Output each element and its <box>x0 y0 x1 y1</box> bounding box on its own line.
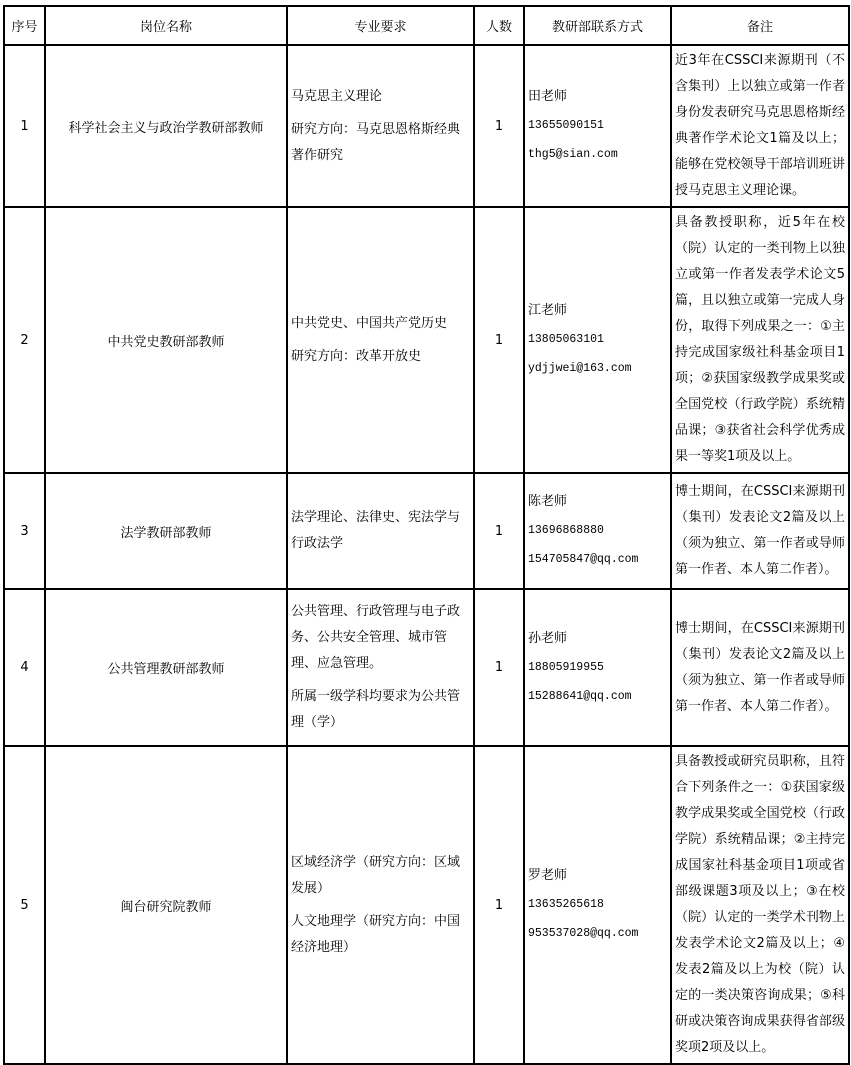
cell-seq: 3 <box>4 473 45 589</box>
cell-position: 闽台研究院教师 <box>45 746 287 1064</box>
header-position: 岗位名称 <box>45 6 287 45</box>
cell-remark: 博士期间，在CSSCI来源期刊（集刊）发表论文2篇及以上（须为独立、第一作者或导… <box>671 589 849 746</box>
contact-phone: 18805919955 <box>528 660 667 676</box>
cell-remark: 具备教授或研究员职称，且符合下列条件之一：①获国家级教学成果奖或全国党校（行政学… <box>671 746 849 1064</box>
cell-remark: 博士期间，在CSSCI来源期刊（集刊）发表论文2篇及以上（须为独立、第一作者或导… <box>671 473 849 589</box>
table-row: 2 中共党史教研部教师 中共党史、中国共产党历史 研究方向：改革开放史 1 江老… <box>4 207 849 473</box>
requirement-line: 法学理论、法律史、宪法学与行政法学 <box>291 505 470 557</box>
cell-contact: 陈老师 13696868880 154705847@qq.com <box>524 473 671 589</box>
header-requirements: 专业要求 <box>287 6 474 45</box>
table-row: 4 公共管理教研部教师 公共管理、行政管理与电子政务、公共安全管理、城市管理、应… <box>4 589 849 746</box>
cell-position: 法学教研部教师 <box>45 473 287 589</box>
header-contact: 教研部联系方式 <box>524 6 671 45</box>
requirement-line: 马克思主义理论 <box>291 84 470 110</box>
cell-contact: 孙老师 18805919955 15288641@qq.com <box>524 589 671 746</box>
requirement-line: 中共党史、中国共产党历史 <box>291 311 470 337</box>
header-count: 人数 <box>474 6 524 45</box>
contact-email: thg5@sian.com <box>528 147 667 163</box>
remark-text: 具备教授或研究员职称，且符合下列条件之一：①获国家级教学成果奖或全国党校（行政学… <box>675 749 845 1061</box>
cell-count: 1 <box>474 589 524 746</box>
cell-requirements: 马克思主义理论 研究方向：马克思恩格斯经典著作研究 <box>287 45 474 207</box>
cell-seq: 5 <box>4 746 45 1064</box>
remark-text: 博士期间，在CSSCI来源期刊（集刊）发表论文2篇及以上（须为独立、第一作者或导… <box>675 479 845 583</box>
requirement-line: 研究方向：改革开放史 <box>291 344 470 370</box>
requirement-line: 区域经济学（研究方向：区域发展） <box>291 850 470 902</box>
contact-phone: 13655090151 <box>528 118 667 134</box>
contact-name: 陈老师 <box>528 494 667 510</box>
cell-seq: 4 <box>4 589 45 746</box>
cell-requirements: 区域经济学（研究方向：区域发展） 人文地理学（研究方向：中国经济地理） <box>287 746 474 1064</box>
table-row: 3 法学教研部教师 法学理论、法律史、宪法学与行政法学 1 陈老师 136968… <box>4 473 849 589</box>
contact-email: 154705847@qq.com <box>528 552 667 568</box>
cell-position: 中共党史教研部教师 <box>45 207 287 473</box>
cell-seq: 1 <box>4 45 45 207</box>
contact-name: 江老师 <box>528 303 667 319</box>
contact-email: 953537028@qq.com <box>528 926 667 942</box>
cell-count: 1 <box>474 746 524 1064</box>
remark-text: 近3年在CSSCI来源期刊（不含集刊）上以独立或第一作者身份发表研究马克思恩格斯… <box>675 48 845 204</box>
remark-text: 博士期间，在CSSCI来源期刊（集刊）发表论文2篇及以上（须为独立、第一作者或导… <box>675 616 845 720</box>
contact-phone: 13635265618 <box>528 897 667 913</box>
cell-position: 科学社会主义与政治学教研部教师 <box>45 45 287 207</box>
cell-contact: 罗老师 13635265618 953537028@qq.com <box>524 746 671 1064</box>
header-seq: 序号 <box>4 6 45 45</box>
contact-email: ydjjwei@163.com <box>528 361 667 377</box>
contact-phone: 13805063101 <box>528 332 667 348</box>
requirement-line: 所属一级学科均要求为公共管理（学） <box>291 684 470 736</box>
cell-requirements: 法学理论、法律史、宪法学与行政法学 <box>287 473 474 589</box>
table-row: 5 闽台研究院教师 区域经济学（研究方向：区域发展） 人文地理学（研究方向：中国… <box>4 746 849 1064</box>
requirement-line: 人文地理学（研究方向：中国经济地理） <box>291 909 470 961</box>
cell-seq: 2 <box>4 207 45 473</box>
contact-name: 田老师 <box>528 89 667 105</box>
cell-count: 1 <box>474 473 524 589</box>
cell-contact: 田老师 13655090151 thg5@sian.com <box>524 45 671 207</box>
table-header-row: 序号 岗位名称 专业要求 人数 教研部联系方式 备注 <box>4 6 849 45</box>
cell-contact: 江老师 13805063101 ydjjwei@163.com <box>524 207 671 473</box>
contact-email: 15288641@qq.com <box>528 689 667 705</box>
requirement-line: 研究方向：马克思恩格斯经典著作研究 <box>291 117 470 169</box>
cell-count: 1 <box>474 45 524 207</box>
recruitment-table: 序号 岗位名称 专业要求 人数 教研部联系方式 备注 1 科学社会主义与政治学教… <box>3 5 850 1065</box>
recruitment-table-page: 序号 岗位名称 专业要求 人数 教研部联系方式 备注 1 科学社会主义与政治学教… <box>0 0 851 1005</box>
header-remark: 备注 <box>671 6 849 45</box>
cell-count: 1 <box>474 207 524 473</box>
cell-position: 公共管理教研部教师 <box>45 589 287 746</box>
contact-name: 罗老师 <box>528 868 667 884</box>
remark-text: 具备教授职称，近5年在校（院）认定的一类刊物上以独立或第一作者发表学术论文5篇，… <box>675 210 845 470</box>
table-row: 1 科学社会主义与政治学教研部教师 马克思主义理论 研究方向：马克思恩格斯经典著… <box>4 45 849 207</box>
cell-requirements: 中共党史、中国共产党历史 研究方向：改革开放史 <box>287 207 474 473</box>
contact-phone: 13696868880 <box>528 523 667 539</box>
contact-name: 孙老师 <box>528 631 667 647</box>
cell-remark: 近3年在CSSCI来源期刊（不含集刊）上以独立或第一作者身份发表研究马克思恩格斯… <box>671 45 849 207</box>
requirement-line: 公共管理、行政管理与电子政务、公共安全管理、城市管理、应急管理。 <box>291 599 470 677</box>
cell-remark: 具备教授职称，近5年在校（院）认定的一类刊物上以独立或第一作者发表学术论文5篇，… <box>671 207 849 473</box>
cell-requirements: 公共管理、行政管理与电子政务、公共安全管理、城市管理、应急管理。 所属一级学科均… <box>287 589 474 746</box>
